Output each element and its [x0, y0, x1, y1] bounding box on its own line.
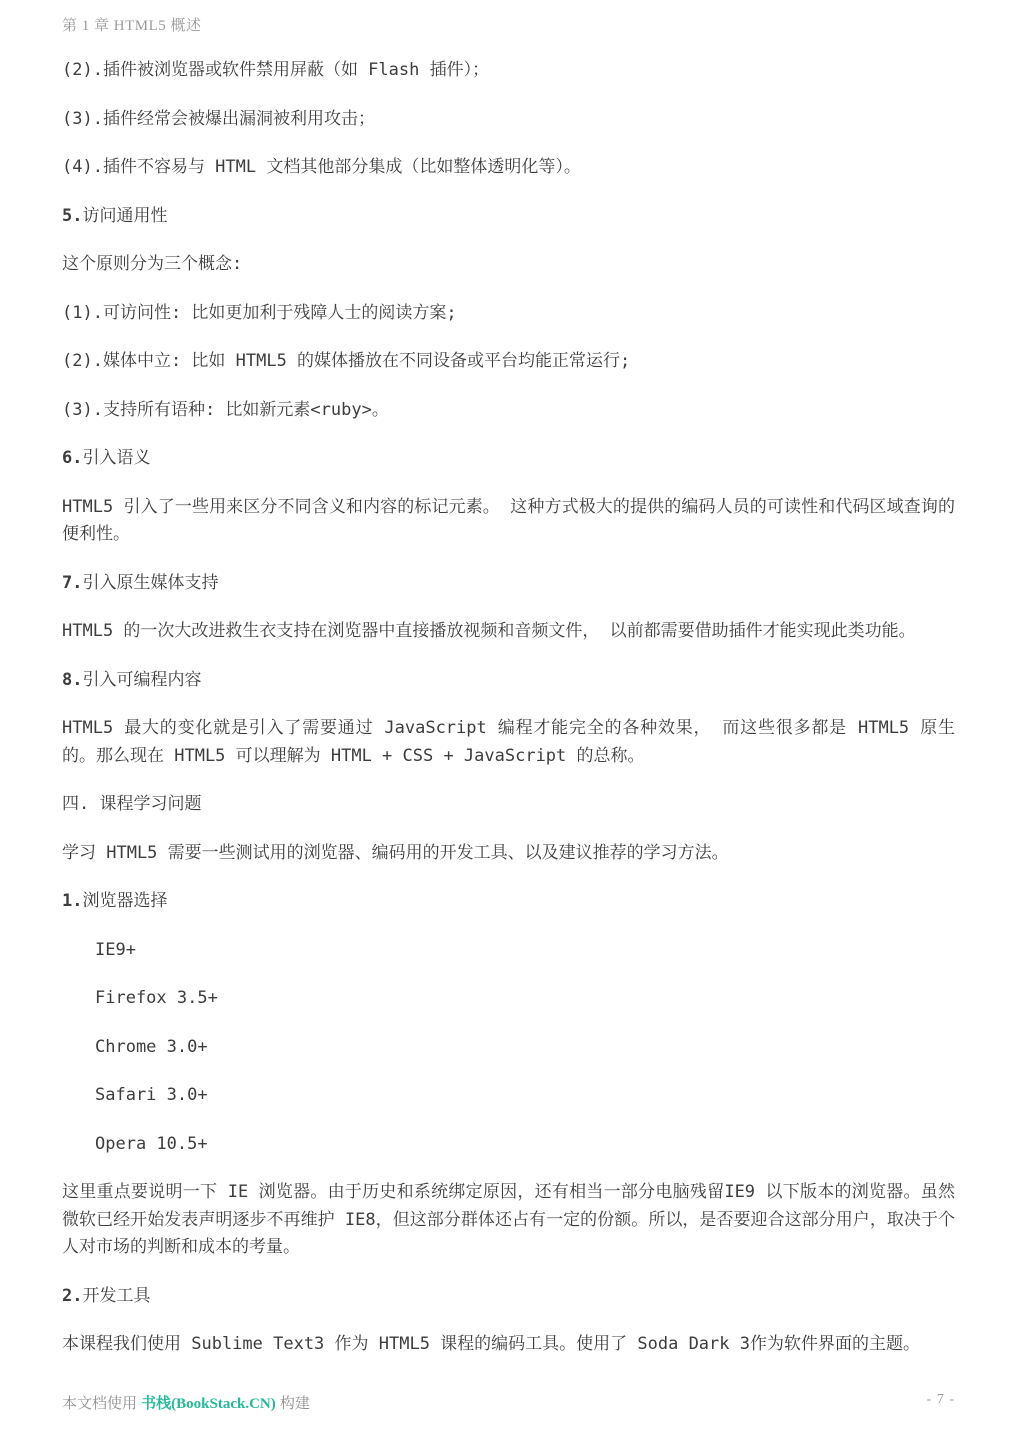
paragraph: (3).插件经常会被爆出漏洞被利用攻击； — [62, 106, 955, 134]
footer-build-note: 本文档使用 书栈(BookStack.CN) 构建 — [62, 1392, 310, 1413]
heading-number: 5. — [62, 206, 82, 226]
paragraph: 这个原则分为三个概念: — [62, 251, 955, 279]
document-body: (2).插件被浏览器或软件禁用屏蔽（如 Flash 插件）； (3).插件经常会… — [62, 57, 955, 1380]
heading-number: 7. — [62, 573, 82, 593]
footer-suffix: 构建 — [276, 1395, 310, 1412]
paragraph: (3).支持所有语种: 比如新元素<ruby>。 — [62, 397, 955, 425]
paragraph: 本课程我们使用 Sublime Text3 作为 HTML5 课程的编码工具。使… — [62, 1331, 955, 1359]
heading-label: 引入可编程内容 — [82, 670, 201, 690]
section-heading: 2.开发工具 — [62, 1283, 955, 1311]
heading-number: 1. — [62, 891, 82, 911]
paragraph: (2).插件被浏览器或软件禁用屏蔽（如 Flash 插件）； — [62, 57, 955, 85]
paragraph: (2).媒体中立: 比如 HTML5 的媒体播放在不同设备或平台均能正常运行; — [62, 348, 955, 376]
paragraph: 学习 HTML5 需要一些测试用的浏览器、编码用的开发工具、以及建议推荐的学习方… — [62, 840, 955, 868]
heading-label: 浏览器选择 — [82, 891, 167, 911]
heading-label: 访问通用性 — [82, 206, 167, 226]
paragraph: 这里重点要说明一下 IE 浏览器。由于历史和系统绑定原因，还有相当一部分电脑残留… — [62, 1179, 955, 1262]
section-heading: 7.引入原生媒体支持 — [62, 570, 955, 598]
heading-number: 6. — [62, 448, 82, 468]
paragraph: HTML5 引入了一些用来区分不同含义和内容的标记元素。 这种方式极大的提供的编… — [62, 494, 955, 549]
page-footer: 本文档使用 书栈(BookStack.CN) 构建 - 7 - — [62, 1392, 955, 1413]
heading-label: 引入原生媒体支持 — [82, 573, 218, 593]
section-heading: 6.引入语义 — [62, 445, 955, 473]
browser-list-item: Opera 10.5+ — [62, 1131, 955, 1159]
heading-label: 开发工具 — [82, 1286, 150, 1306]
heading-number: 2. — [62, 1286, 82, 1306]
section-heading: 1.浏览器选择 — [62, 888, 955, 916]
heading-label: 引入语义 — [82, 448, 150, 468]
chapter-title: 第 1 章 HTML5 概述 — [62, 18, 202, 34]
heading-number: 8. — [62, 670, 82, 690]
browser-list-item: IE9+ — [62, 937, 955, 965]
document-page: 第 1 章 HTML5 概述 (2).插件被浏览器或软件禁用屏蔽（如 Flash… — [0, 0, 1019, 1440]
browser-list-item: Chrome 3.0+ — [62, 1034, 955, 1062]
paragraph: HTML5 的一次大改进救生衣支持在浏览器中直接播放视频和音频文件， 以前都需要… — [62, 618, 955, 646]
browser-list-item: Firefox 3.5+ — [62, 985, 955, 1013]
paragraph: (1).可访问性: 比如更加利于残障人士的阅读方案; — [62, 300, 955, 328]
chapter-section-title: 四. 课程学习问题 — [62, 791, 955, 819]
bookstack-link[interactable]: 书栈(BookStack.CN) — [141, 1396, 276, 1412]
section-heading: 5.访问通用性 — [62, 203, 955, 231]
paragraph: HTML5 最大的变化就是引入了需要通过 JavaScript 编程才能完全的各… — [62, 715, 955, 770]
footer-prefix: 本文档使用 — [62, 1395, 141, 1412]
paragraph: (4).插件不容易与 HTML 文档其他部分集成（比如整体透明化等）。 — [62, 154, 955, 182]
chapter-header: 第 1 章 HTML5 概述 — [62, 14, 955, 35]
browser-list-item: Safari 3.0+ — [62, 1082, 955, 1110]
page-number: - 7 - — [927, 1392, 955, 1408]
section-heading: 8.引入可编程内容 — [62, 667, 955, 695]
